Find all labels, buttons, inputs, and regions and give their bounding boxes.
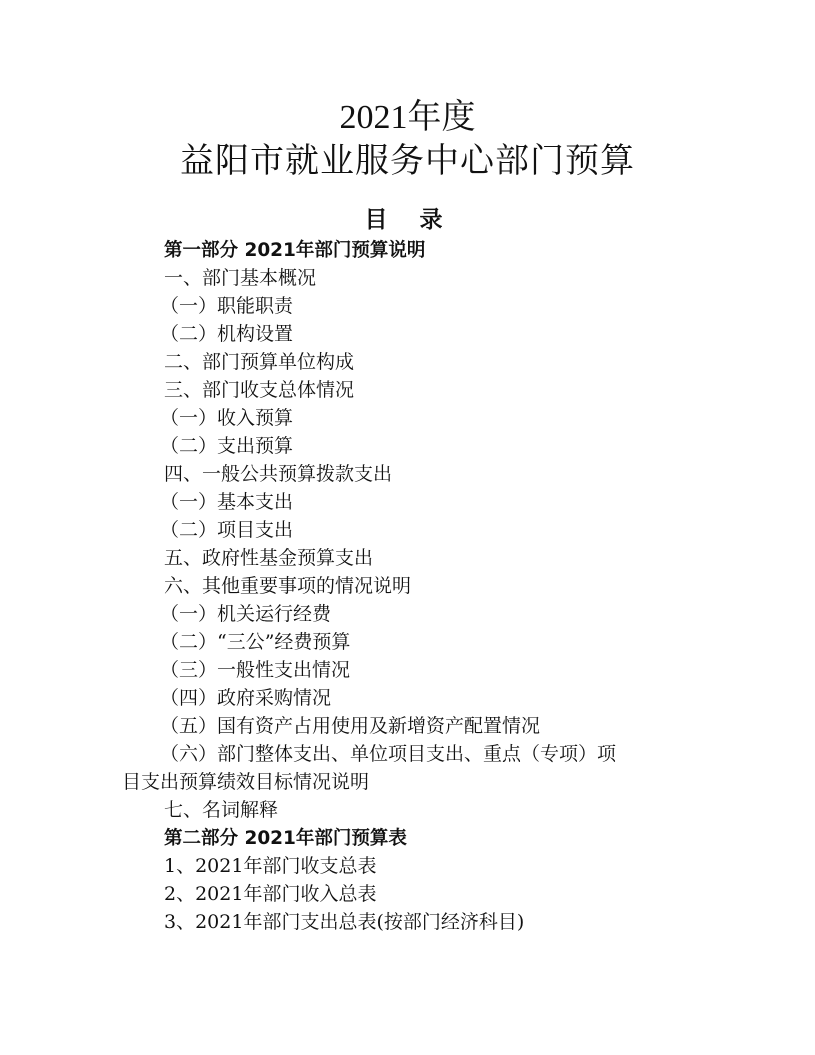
toc-item: （三）一般性支出情况 [160,657,350,684]
toc-item: 六、其他重要事项的情况说明 [164,573,411,600]
toc-item: （一）基本支出 [160,489,293,516]
toc-item: （五）国有资产占用使用及新增资产配置情况 [160,713,540,740]
toc-item: （二）机构设置 [160,321,293,348]
toc-item: （二）支出预算 [160,433,293,460]
toc-item: （一）职能职责 [160,293,293,320]
toc-item: 一、部门基本概况 [164,265,316,292]
toc-item-continuation: 目支出预算绩效目标情况说明 [122,769,369,796]
toc-item: （二）“三公”经费预算 [160,629,350,656]
toc-item: 二、部门预算单位构成 [164,349,354,376]
document-title-year: 2021年度 [0,96,815,140]
toc-part-1: 第一部分 2021年部门预算说明 [164,237,425,264]
toc-heading: 目 录 [0,205,815,235]
document-title: 益阳市就业服务中心部门预算 [0,138,815,184]
toc-heading-text: 目 录 [360,207,454,233]
toc-item: （二）项目支出 [160,517,293,544]
toc-item: （六）部门整体支出、单位项目支出、重点（专项）项 [160,741,616,768]
toc-item: 三、部门收支总体情况 [164,377,354,404]
toc-item: （一）收入预算 [160,405,293,432]
toc-item: 七、名词解释 [164,797,278,824]
toc-item: 五、政府性基金预算支出 [164,545,373,572]
toc-item: （四）政府采购情况 [160,685,331,712]
toc-item: （一）机关运行经费 [160,601,331,628]
toc-item: 3、2021年部门支出总表(按部门经济科目) [164,909,524,936]
toc-part-2: 第二部分 2021年部门预算表 [164,825,407,852]
toc-item: 2、2021年部门收入总表 [164,881,376,908]
toc-item: 四、一般公共预算拨款支出 [164,461,392,488]
document-page: 2021年度 益阳市就业服务中心部门预算 目 录 第一部分 2021年部门预算说… [0,0,815,1055]
toc-item: 1、2021年部门收支总表 [164,853,376,880]
